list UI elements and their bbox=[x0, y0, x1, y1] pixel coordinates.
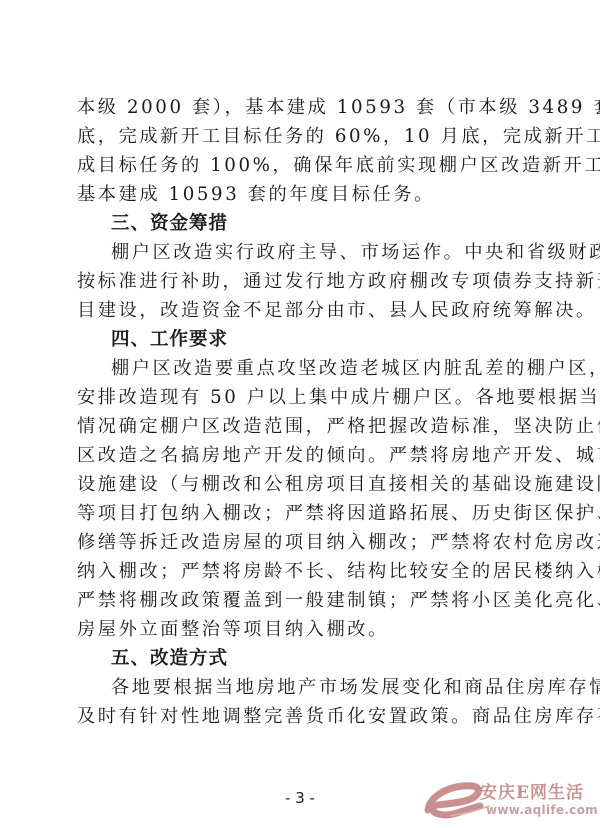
text-line: 棚户区改造要重点攻坚改造老城区内脏乱差的棚户区，重点 bbox=[77, 354, 527, 383]
text-line: 棚户区改造实行政府主导、市场运作。中央和省级财政资金 bbox=[77, 238, 527, 267]
text-line: 基本建成 10593 套的年度目标任务。 bbox=[77, 180, 527, 209]
text-line: 区改造之名搞房地产开发的倾向。严禁将房地产开发、城市基础 bbox=[77, 441, 527, 470]
text-line: 等项目打包纳入棚改；严禁将因道路拓展、历史街区保护、文物 bbox=[77, 499, 527, 528]
text-line: 底，完成新开工目标任务的 60%，10 月底，完成新开工和基本建 bbox=[77, 122, 527, 151]
text-line: 成目标任务的 100%，确保年底前实现棚户区改造新开工 7327 套， bbox=[77, 151, 527, 180]
text-line: 纳入棚改；严禁将房龄不长、结构比较安全的居民楼纳入棚改； bbox=[77, 557, 527, 586]
section-heading-funding: 三、资金筹措 bbox=[77, 209, 527, 238]
text-line: 严禁将棚改政策覆盖到一般建制镇；严禁将小区美化亮化、居民 bbox=[77, 586, 527, 615]
section-heading-method: 五、改造方式 bbox=[77, 644, 527, 673]
text-line: 设施建设（与棚改和公租房项目直接相关的基础设施建设除外） bbox=[77, 470, 527, 499]
watermark-url: www.aqlife.com bbox=[486, 803, 598, 817]
text-line: 目建设，改造资金不足部分由市、县人民政府统筹解决。 bbox=[77, 296, 527, 325]
text-line: 情况确定棚户区改造范围，严格把握改造标准，坚决防止借棚户 bbox=[77, 412, 527, 441]
text-line: 安排改造现有 50 户以上集中成片棚户区。各地要根据当地实际 bbox=[77, 383, 527, 412]
text-line: 按标准进行补助，通过发行地方政府棚改专项债券支持新开工项 bbox=[77, 267, 527, 296]
document-page: 本级 2000 套），基本建成 10593 套（市本级 3489 套）。力争 6… bbox=[0, 0, 600, 828]
document-body: 本级 2000 套），基本建成 10593 套（市本级 3489 套）。力争 6… bbox=[77, 93, 527, 731]
section-heading-requirements: 四、工作要求 bbox=[77, 325, 527, 354]
text-line: 及时有针对性地调整完善货币化安置政策。商品住房库存不足、 bbox=[77, 702, 527, 731]
watermark: 安庆E网生活 www.aqlife.com bbox=[420, 776, 600, 826]
text-line: 本级 2000 套），基本建成 10593 套（市本级 3489 套）。力争 6… bbox=[77, 93, 527, 122]
text-line: 修缮等拆迁改造房屋的项目纳入棚改；严禁将农村危房改造项目 bbox=[77, 528, 527, 557]
text-line: 各地要根据当地房地产市场发展变化和商品住房库存情况， bbox=[77, 673, 527, 702]
text-line: 房屋外立面整治等项目纳入棚改。 bbox=[77, 615, 527, 644]
watermark-title: 安庆E网生活 bbox=[480, 778, 584, 803]
